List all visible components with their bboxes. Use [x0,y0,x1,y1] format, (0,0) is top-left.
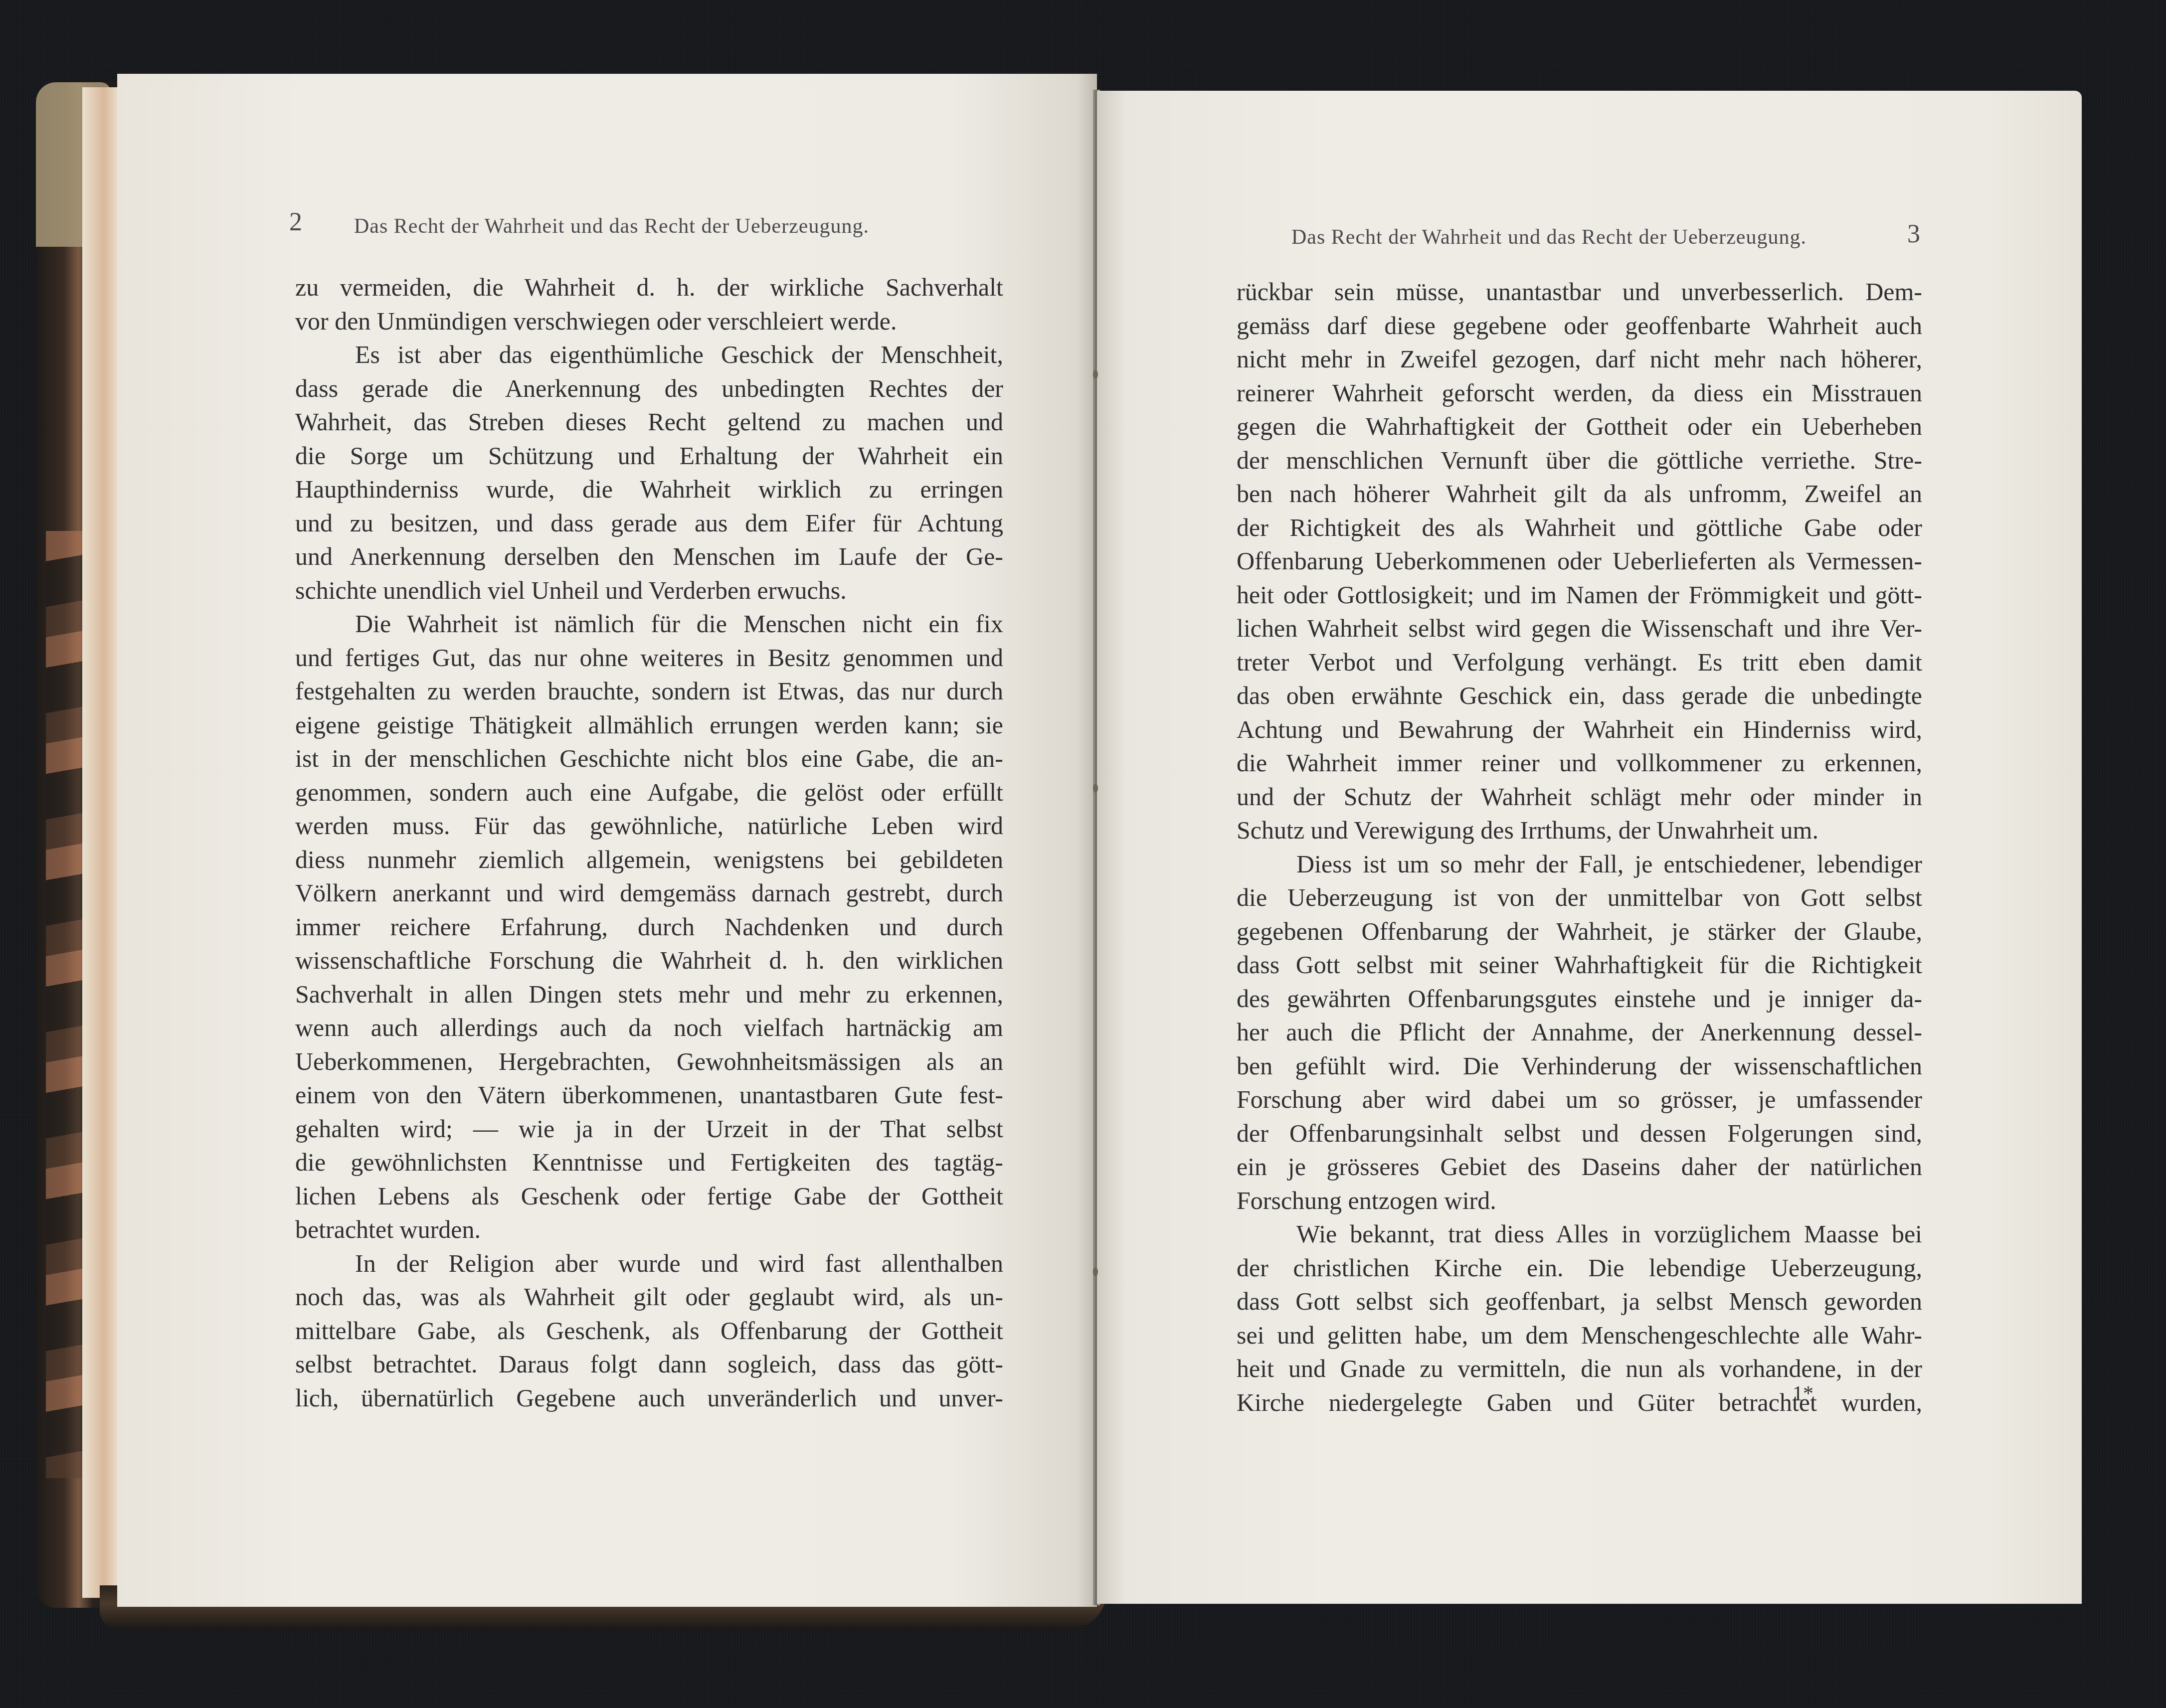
text-line: diess nunmehr ziemlich allgemein, wenigs… [295,843,1003,877]
text-line: gegebenen Offenbarung der Wahrheit, je s… [1237,915,1922,949]
text-line: selbst betrachtet. Daraus folgt dann sog… [295,1348,1003,1381]
text-line: heit und Gnade zu vermitteln, die nun al… [1237,1352,1922,1386]
text-line: lichen Wahrheit selbst wird gegen die Wi… [1237,612,1922,646]
running-head-left: Das Recht der Wahrheit und das Recht der… [354,214,869,238]
text-line: wenn auch allerdings auch da noch vielfa… [295,1011,1003,1045]
text-line: Sachverhalt in allen Dingen stets mehr u… [295,978,1003,1012]
text-line: nicht mehr in Zweifel gezogen, darf nich… [1237,342,1922,376]
text-line: schichte unendlich viel Unheil und Verde… [295,574,1003,608]
text-line: Es ist aber das eigenthümliche Geschick … [295,338,1003,372]
text-line: die Wahrheit immer reiner und vollkommen… [1237,746,1922,780]
paper-nick [1093,784,1098,793]
text-line: ist in der menschlichen Geschichte nicht… [295,742,1003,776]
text-line: werden muss. Für das gewöhnliche, natürl… [295,809,1003,843]
text-line: lichen Lebens als Geschenk oder fertige … [295,1180,1003,1213]
text-line: die Sorge um Schützung und Erhaltung der… [295,439,1003,473]
text-line: der Offenbarungsinhalt selbst und dessen… [1237,1117,1922,1151]
text-line: Wahrheit, das Streben dieses Recht gelte… [295,405,1003,439]
text-line: her auch die Pflicht der Annahme, der An… [1237,1016,1922,1049]
page-number-left: 2 [289,207,302,237]
text-line: ein je grösseres Gebiet des Daseins dahe… [1237,1150,1922,1184]
body-text-left: zu vermeiden, die Wahrheit d. h. der wir… [295,271,1003,1415]
text-line: Achtung und Bewahrung der Wahrheit ein H… [1237,713,1922,747]
text-line: und der Schutz der Wahrheit schlägt mehr… [1237,780,1922,814]
text-line: der menschlichen Vernunft über die göttl… [1237,444,1922,478]
text-line: die Ueberzeugung ist von der unmittelbar… [1237,881,1922,915]
text-line: Die Wahrheit ist nämlich für die Mensche… [295,607,1003,641]
text-line: gehalten wird; — wie ja in der Urzeit in… [295,1112,1003,1146]
text-line: des gewährten Offenbarungsgutes einstehe… [1237,982,1922,1016]
text-line: Offenbarung Ueberkommenen oder Ueberlief… [1237,544,1922,578]
text-line: Wie bekannt, trat diess Alles in vorzügl… [1237,1217,1922,1251]
text-line: der Richtigkeit des als Wahrheit und göt… [1237,511,1922,545]
text-line: vor den Unmündigen verschwiegen oder ver… [295,305,1003,339]
text-line: Schutz und Verewigung des Irrthums, der … [1237,814,1922,848]
text-line: betrachtet wurden. [295,1213,1003,1247]
paper-nick [1093,1267,1098,1276]
text-line: zu vermeiden, die Wahrheit d. h. der wir… [295,271,1003,305]
paper-nick [1093,370,1098,379]
signature-mark: 1* [1793,1382,1813,1406]
text-line: Völkern anerkannt und wird demgemäss dar… [295,876,1003,910]
text-line: dass Gott selbst mit seiner Wahrhaftigke… [1237,948,1922,982]
text-line: mittelbare Gabe, als Geschenk, als Offen… [295,1314,1003,1348]
text-line: Haupthinderniss wurde, die Wahrheit wirk… [295,473,1003,507]
text-line: wissenschaftliche Forschung die Wahrheit… [295,944,1003,978]
text-line: und fertiges Gut, das nur ohne weiteres … [295,641,1003,675]
text-line: dass Gott selbst sich geoffenbart, ja se… [1237,1285,1922,1319]
text-line: genommen, sondern auch eine Aufgabe, die… [295,776,1003,810]
running-head-right: Das Recht der Wahrheit und das Recht der… [1291,225,1806,249]
body-text-right: rückbar sein müsse, unantastbar und unve… [1237,275,1922,1419]
left-page: 2 Das Recht der Wahrheit und das Recht d… [117,74,1097,1607]
text-line: das oben erwähnte Geschick ein, dass ger… [1237,679,1922,713]
text-line: immer reichere Erfahrung, durch Nachdenk… [295,910,1003,944]
page-number-right: 3 [1907,219,1920,249]
text-line: und Anerkennung derselben den Menschen i… [295,540,1003,574]
text-line: gemäss darf diese gegebene oder geoffenb… [1237,309,1922,343]
text-line: ben gefühlt wird. Die Verhinderung der w… [1237,1049,1922,1083]
text-line: gegen die Wahrhaftigkeit der Gottheit od… [1237,410,1922,444]
text-line: eigene geistige Thätigkeit allmählich er… [295,708,1003,742]
text-line: ben nach höherer Wahrheit gilt da als un… [1237,477,1922,511]
text-line: dass gerade die Anerkennung des unbeding… [295,372,1003,406]
text-line: Kirche niedergelegte Gaben und Güter bet… [1237,1386,1922,1420]
text-line: und zu besitzen, und dass gerade aus dem… [295,507,1003,540]
text-line: rückbar sein müsse, unantastbar und unve… [1237,275,1922,309]
text-line: einem von den Vätern überkommenen, unant… [295,1078,1003,1112]
text-line: Forschung aber wird dabei um so grösser,… [1237,1083,1922,1117]
text-line: heit oder Gottlosigkeit; und im Namen de… [1237,578,1922,612]
text-line: lich, übernatürlich Gegebene auch unverä… [295,1381,1003,1415]
text-line: treter Verbot und Verfolgung verhängt. E… [1237,646,1922,680]
text-line: sei und gelitten habe, um dem Menschenge… [1237,1319,1922,1353]
text-line: reinerer Wahrheit geforscht werden, da d… [1237,376,1922,410]
text-line: Diess ist um so mehr der Fall, je entsch… [1237,848,1922,881]
page-edges-left [82,87,122,1598]
text-line: festgehalten zu werden brauchte, sondern… [295,675,1003,708]
text-line: der christlichen Kirche ein. Die lebendi… [1237,1251,1922,1285]
text-line: Forschung entzogen wird. [1237,1184,1922,1218]
text-line: die gewöhnlichsten Kenntnisse und Fertig… [295,1146,1003,1180]
right-page: Das Recht der Wahrheit und das Recht der… [1097,91,2082,1604]
text-line: In der Religion aber wurde und wird fast… [295,1247,1003,1281]
text-line: Ueberkommenen, Hergebrachten, Gewohnheit… [295,1045,1003,1079]
text-line: noch das, was als Wahrheit gilt oder geg… [295,1280,1003,1314]
